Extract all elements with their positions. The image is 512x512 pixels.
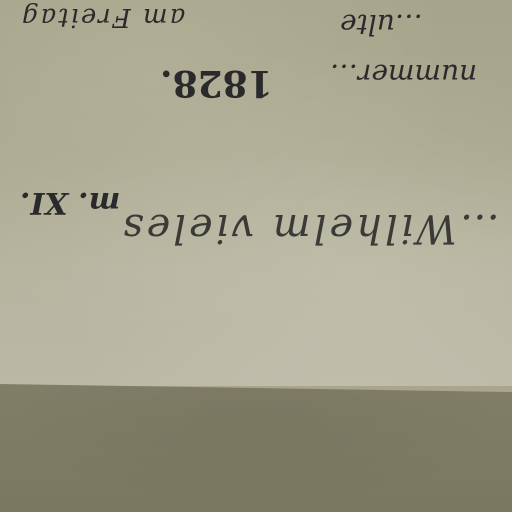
handwriting-line-3: …Wilhelm vieles: [120, 205, 500, 251]
backing-edge: [0, 382, 512, 512]
handwriting-line-1-left: am Freitag: [20, 2, 185, 32]
handwritten-year: 1828.: [160, 62, 273, 104]
handwriting-mark: m. XI.: [20, 185, 120, 220]
handwriting-line-2-right: nummer…: [330, 58, 477, 91]
handwriting-line-1-right: …ulte: [340, 8, 423, 41]
